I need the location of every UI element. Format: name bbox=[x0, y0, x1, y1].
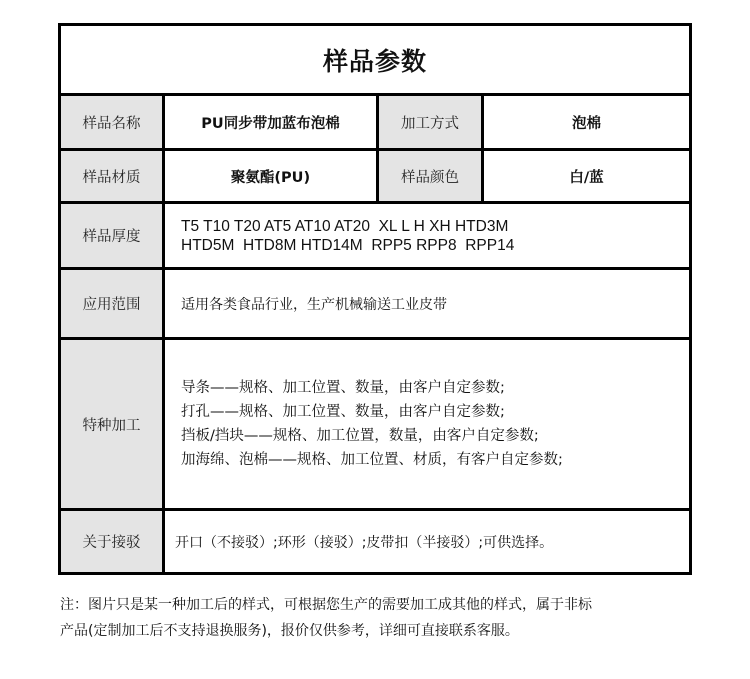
value-special-processing: 导条——规格、加工位置、数量，由客户自定参数; 打孔——规格、加工位置、数量，由… bbox=[165, 340, 689, 508]
label-application: 应用范围 bbox=[61, 270, 165, 337]
row-sample-material: 样品材质 聚氨酯(PU) 样品颜色 白/蓝 bbox=[61, 148, 689, 201]
row-special-processing: 特种加工 导条——规格、加工位置、数量，由客户自定参数; 打孔——规格、加工位置… bbox=[61, 337, 689, 508]
value-application: 适用各类食品行业，生产机械输送工业皮带 bbox=[165, 270, 689, 337]
label-special-processing: 特种加工 bbox=[61, 340, 165, 508]
thickness-line-1: T5 T10 T20 AT5 AT10 AT20 XL L H XH HTD3M bbox=[181, 217, 508, 236]
row-sample-name: 样品名称 PU同步带加蓝布泡棉 加工方式 泡棉 bbox=[61, 93, 689, 148]
label-sample-material: 样品材质 bbox=[61, 151, 165, 201]
row-splice: 关于接驳 开口（不接驳）;环形（接驳）;皮带扣（半接驳）;可供选择。 bbox=[61, 508, 689, 572]
footnote-line-2: 产品(定制加工后不支持退换服务)，报价仅供参考，详细可直接联系客服。 bbox=[60, 618, 700, 644]
row-application: 应用范围 适用各类食品行业，生产机械输送工业皮带 bbox=[61, 267, 689, 337]
label-processing-method: 加工方式 bbox=[379, 96, 484, 148]
value-sample-thickness: T5 T10 T20 AT5 AT10 AT20 XL L H XH HTD3M… bbox=[165, 204, 689, 267]
table-title: 样品参数 bbox=[323, 42, 427, 78]
table-title-row: 样品参数 bbox=[61, 26, 689, 93]
label-sample-thickness: 样品厚度 bbox=[61, 204, 165, 267]
thickness-line-2: HTD5M HTD8M HTD14M RPP5 RPP8 RPP14 bbox=[181, 236, 514, 255]
label-splice: 关于接驳 bbox=[61, 511, 165, 572]
special-line-4: 加海绵、泡棉——规格、加工位置、材质，有客户自定参数; bbox=[181, 448, 563, 472]
row-sample-thickness: 样品厚度 T5 T10 T20 AT5 AT10 AT20 XL L H XH … bbox=[61, 201, 689, 267]
value-splice: 开口（不接驳）;环形（接驳）;皮带扣（半接驳）;可供选择。 bbox=[165, 511, 689, 572]
footnote: 注：图片只是某一种加工后的样式，可根据您生产的需要加工成其他的样式，属于非标 产… bbox=[60, 592, 700, 644]
value-processing-method: 泡棉 bbox=[484, 96, 689, 148]
special-line-1: 导条——规格、加工位置、数量，由客户自定参数; bbox=[181, 376, 505, 400]
value-sample-color: 白/蓝 bbox=[484, 151, 689, 201]
value-sample-name: PU同步带加蓝布泡棉 bbox=[165, 96, 379, 148]
sample-parameters-table: 样品参数 样品名称 PU同步带加蓝布泡棉 加工方式 泡棉 样品材质 聚氨酯(PU… bbox=[58, 23, 692, 575]
label-sample-color: 样品颜色 bbox=[379, 151, 484, 201]
value-sample-material: 聚氨酯(PU) bbox=[165, 151, 379, 201]
special-line-3: 挡板/挡块——规格、加工位置，数量，由客户自定参数; bbox=[181, 424, 539, 448]
special-line-2: 打孔——规格、加工位置、数量，由客户自定参数; bbox=[181, 400, 505, 424]
label-sample-name: 样品名称 bbox=[61, 96, 165, 148]
footnote-line-1: 注：图片只是某一种加工后的样式，可根据您生产的需要加工成其他的样式，属于非标 bbox=[60, 592, 700, 618]
